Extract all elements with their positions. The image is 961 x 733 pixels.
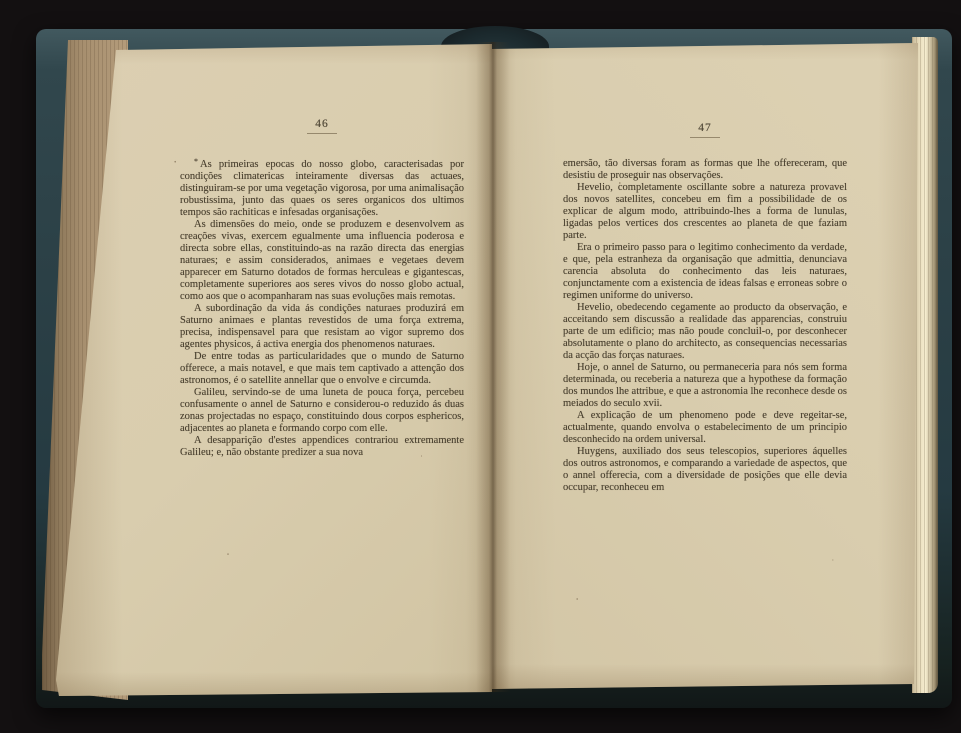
footnote-marker: * <box>194 157 198 166</box>
paragraph: As dimensões do meio, onde se produzem e… <box>180 219 464 303</box>
page-number-rule <box>690 137 720 138</box>
paragraph: Hevelio, completamente oscillante sobre … <box>563 182 847 242</box>
photographed-open-book: 46 *As primeiras epocas do nosso globo, … <box>0 0 961 733</box>
paragraph: A desapparição d'estes appendices contra… <box>180 435 464 459</box>
paragraph: A subordinação da vida ás condições natu… <box>180 303 464 351</box>
page-number: 46 <box>180 118 464 130</box>
paragraph: Era o primeiro passo para o legitimo con… <box>563 242 847 302</box>
paragraph: emersão, tão diversas foram as formas qu… <box>563 158 847 182</box>
paragraph: A explicação de um phenomeno pode e deve… <box>563 410 847 446</box>
paragraph: Huygens, auxiliado dos seus telescopios,… <box>563 446 847 494</box>
paragraph: Hevelio, obedecendo cegamente ao product… <box>563 302 847 362</box>
left-page: 46 *As primeiras epocas do nosso globo, … <box>52 44 492 698</box>
page-number-rule <box>307 133 337 134</box>
paragraph-text: As primeiras epocas do nosso globo, cara… <box>180 159 464 218</box>
paragraph: *As primeiras epocas do nosso globo, car… <box>180 156 464 219</box>
paragraph: De entre todas as particularidades que o… <box>180 351 464 387</box>
paragraph: Galileu, servindo-se de uma luneta de po… <box>180 387 464 435</box>
left-page-header: 46 <box>180 118 464 134</box>
right-page-header: 47 <box>563 122 847 138</box>
page-number: 47 <box>563 122 847 134</box>
right-page: 47 emersão, tão diversas foram as formas… <box>492 40 918 690</box>
right-page-text: emersão, tão diversas foram as formas qu… <box>563 158 847 494</box>
paragraph: Hoje, o annel de Saturno, ou permaneceri… <box>563 362 847 410</box>
left-page-text: *As primeiras epocas do nosso globo, car… <box>180 156 464 459</box>
